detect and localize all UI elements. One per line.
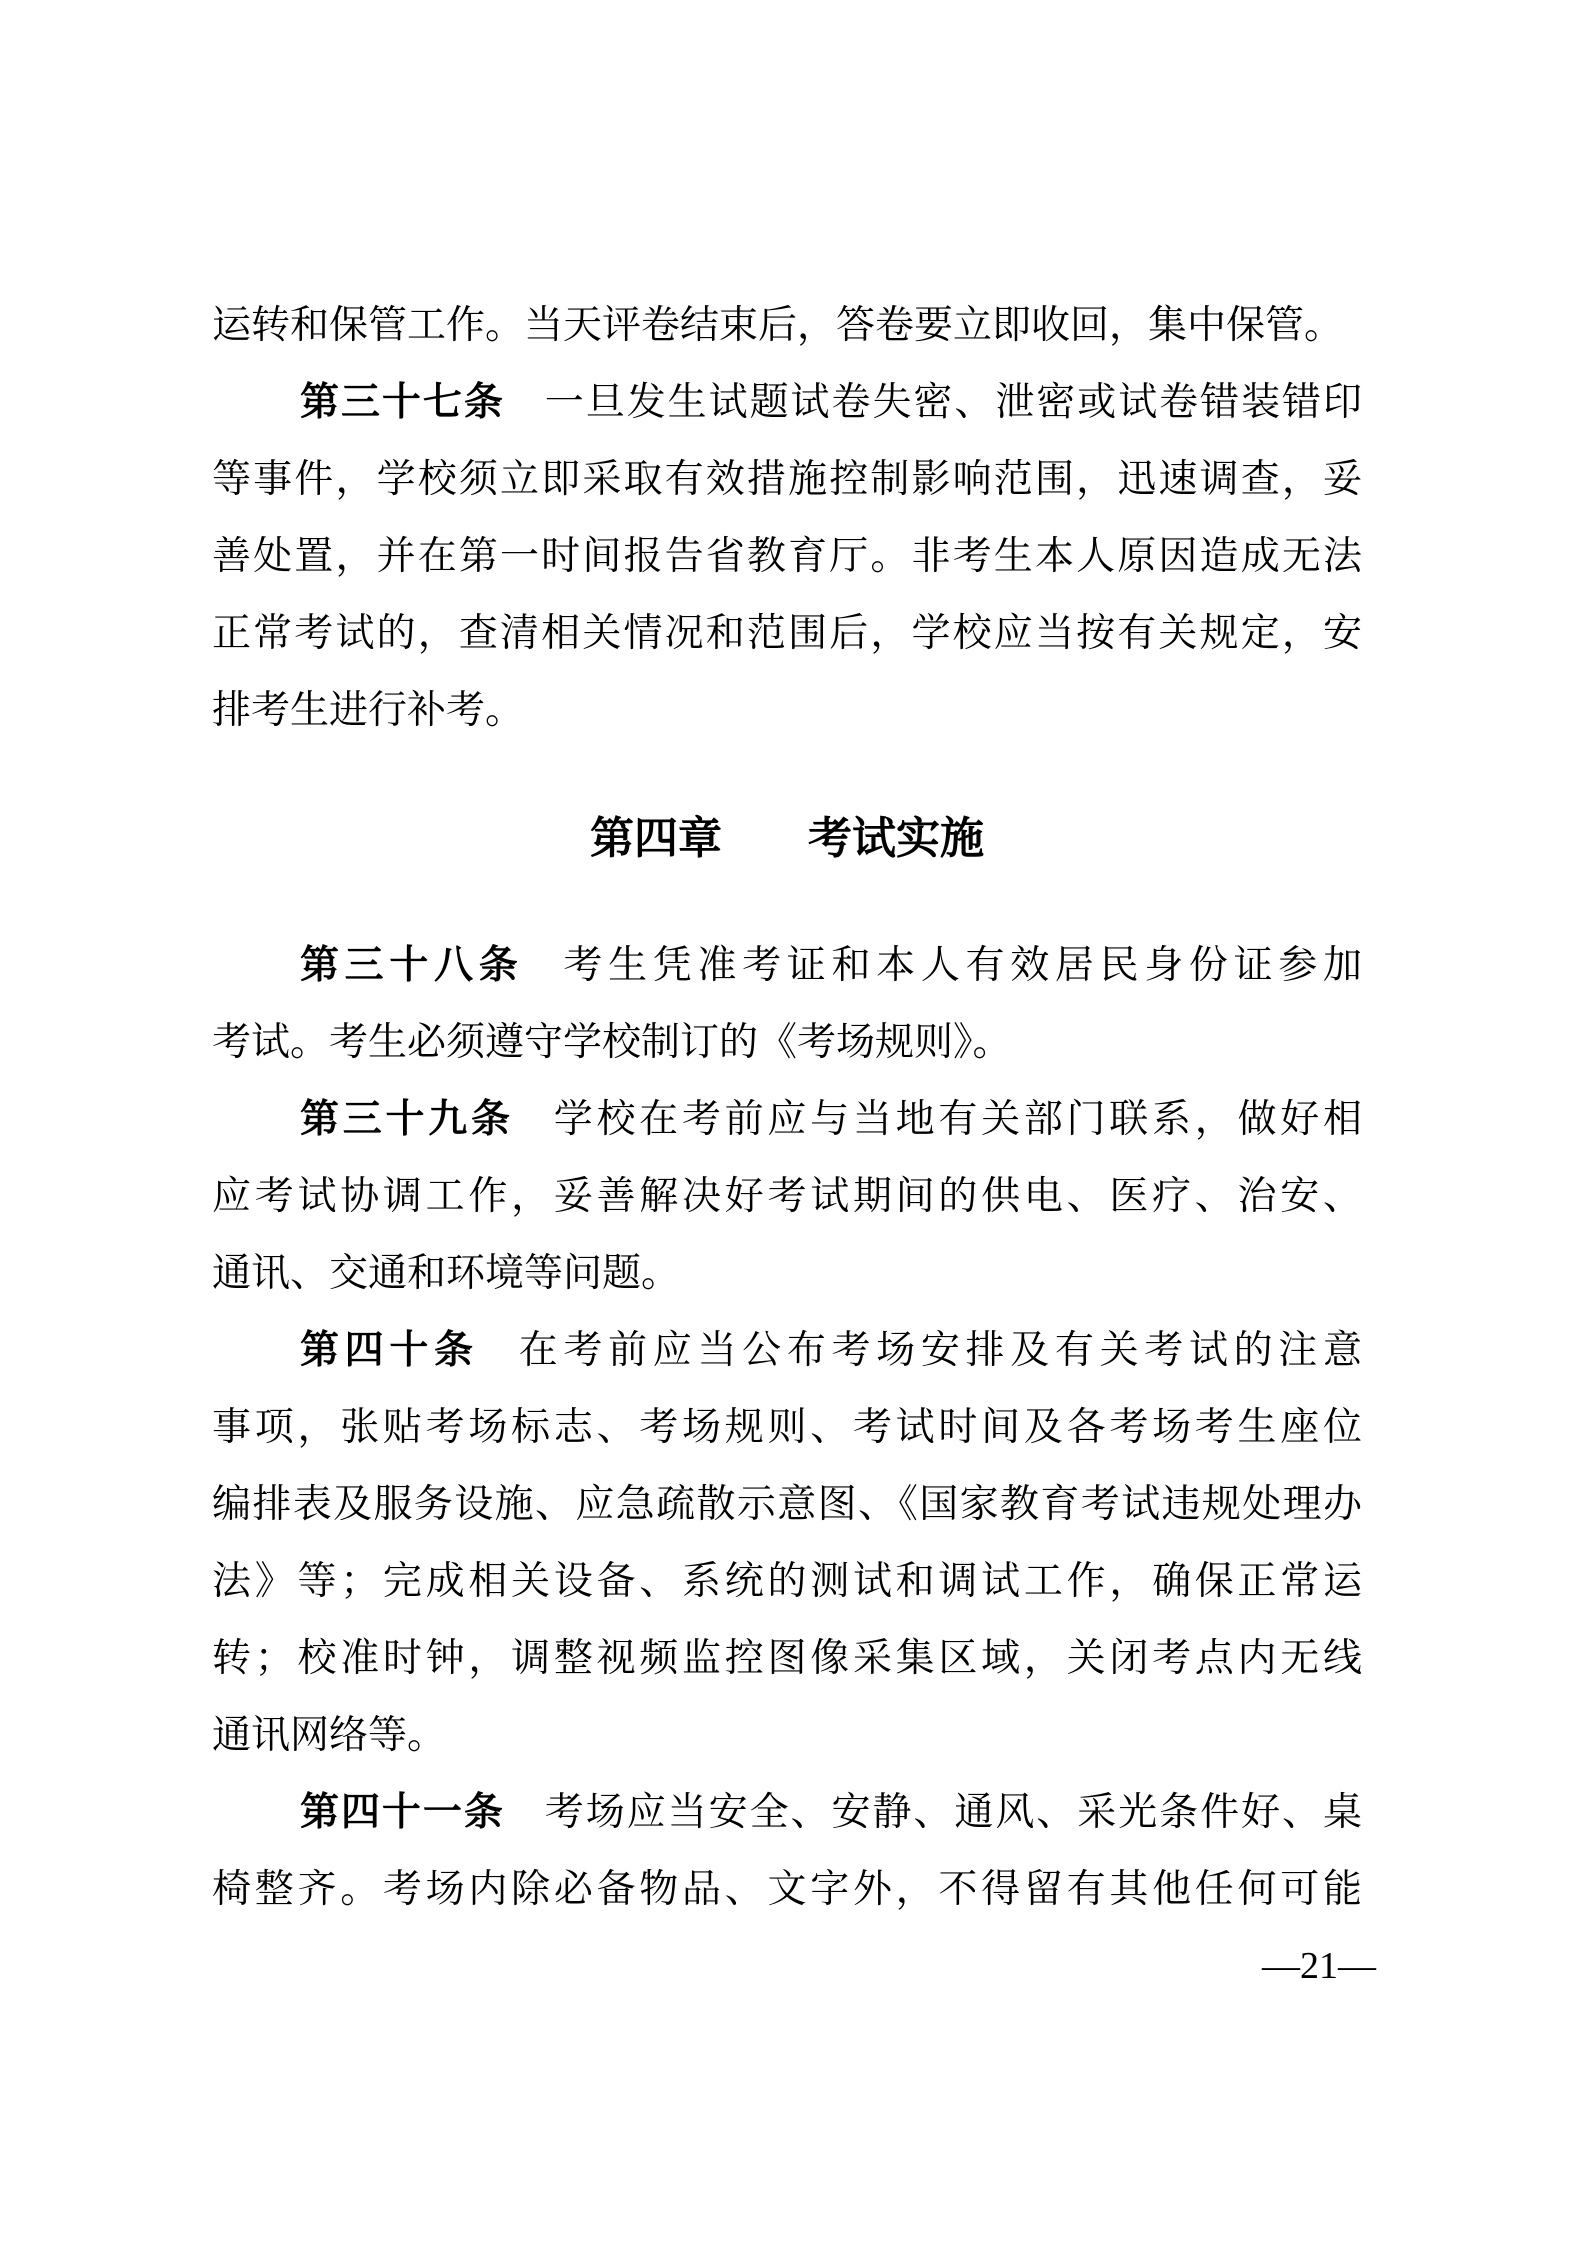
chapter-title: 考试实施 xyxy=(808,814,984,863)
line-text: 通讯、交通和环境等问题。 xyxy=(212,1252,680,1295)
line-text: 一旦发生试题试卷失密、泄密或试卷错装错印 xyxy=(545,381,1362,424)
text-line: 考试。考生必须遵守学校制订的《考场规则》。 xyxy=(212,1004,1362,1081)
article-number: 第三十七条 xyxy=(300,381,505,424)
document-body: 运转和保管工作。当天评卷结束后，答卷要立即收回，集中保管。 第三十七条一旦发生试… xyxy=(212,287,1362,1928)
line-text: 正常考试的，查清相关情况和范围后，学校应当按有关规定，安 xyxy=(212,612,1362,655)
article-number: 第三十八条 xyxy=(300,944,523,987)
line-text: 转；校准时钟，调整视频监控图像采集区域，关闭考点内无线 xyxy=(212,1637,1362,1680)
line-text: 在考前应当公布考场安排及有关考试的注意 xyxy=(519,1329,1362,1372)
line-text: 事项，张贴考场标志、考场规则、考试时间及各考场考生座位 xyxy=(212,1406,1362,1449)
text-line: 等事件，学校须立即采取有效措施控制影响范围，迅速调查，妥 xyxy=(212,441,1362,518)
chapter-heading: 第四章考试实施 xyxy=(212,800,1362,877)
text-line: 应考试协调工作，妥善解决好考试期间的供电、医疗、治安、 xyxy=(212,1158,1362,1235)
text-line: 编排表及服务设施、应急疏散示意图、《国家教育考试违规处理办 xyxy=(212,1466,1362,1543)
line-text: 排考生进行补考。 xyxy=(212,689,524,732)
text-line: 通讯网络等。 xyxy=(212,1697,1362,1774)
text-line: 善处置，并在第一时间报告省教育厅。非考生本人原因造成无法 xyxy=(212,518,1362,595)
line-text: 学校在考前应与当地有关部门联系，做好相 xyxy=(554,1098,1362,1141)
text-line: 第三十八条考生凭准考证和本人有效居民身份证参加 xyxy=(212,927,1362,1004)
text-line: 运转和保管工作。当天评卷结束后，答卷要立即收回，集中保管。 xyxy=(212,287,1362,364)
article-number: 第四十一条 xyxy=(300,1791,505,1834)
article-number: 第四十条 xyxy=(300,1329,479,1372)
line-text: 编排表及服务设施、应急疏散示意图、《国家教育考试违规处理办 xyxy=(212,1483,1362,1526)
line-text: 等事件，学校须立即采取有效措施控制影响范围，迅速调查，妥 xyxy=(212,458,1362,501)
line-text: 椅整齐。考场内除必备物品、文字外，不得留有其他任何可能 xyxy=(212,1868,1362,1911)
text-line: 第三十九条学校在考前应与当地有关部门联系，做好相 xyxy=(212,1081,1362,1158)
text-line: 事项，张贴考场标志、考场规则、考试时间及各考场考生座位 xyxy=(212,1389,1362,1466)
line-text: 考场应当安全、安静、通风、采光条件好、桌 xyxy=(545,1791,1362,1834)
line-text: 考试。考生必须遵守学校制订的《考场规则》。 xyxy=(212,1021,1012,1064)
line-text: 应考试协调工作，妥善解决好考试期间的供电、医疗、治安、 xyxy=(212,1175,1362,1218)
article-number: 第三十九条 xyxy=(300,1098,514,1141)
text-line: 法》等；完成相关设备、系统的测试和调试工作，确保正常运 xyxy=(212,1543,1362,1620)
text-line: 正常考试的，查清相关情况和范围后，学校应当按有关规定，安 xyxy=(212,595,1362,672)
line-text: 运转和保管工作。当天评卷结束后，答卷要立即收回，集中保管。 xyxy=(212,304,1343,347)
page-number: —21— xyxy=(1262,1942,1376,1990)
line-text: 考生凭准考证和本人有效居民身份证参加 xyxy=(563,944,1362,987)
text-line: 第四十一条考场应当安全、安静、通风、采光条件好、桌 xyxy=(212,1774,1362,1851)
line-text: 通讯网络等。 xyxy=(212,1714,446,1757)
line-text: 善处置，并在第一时间报告省教育厅。非考生本人原因造成无法 xyxy=(212,535,1362,578)
text-line: 转；校准时钟，调整视频监控图像采集区域，关闭考点内无线 xyxy=(212,1620,1362,1697)
chapter-number: 第四章 xyxy=(590,814,722,863)
text-line: 第三十七条一旦发生试题试卷失密、泄密或试卷错装错印 xyxy=(212,364,1362,441)
line-text: 法》等；完成相关设备、系统的测试和调试工作，确保正常运 xyxy=(212,1560,1362,1603)
text-line: 第四十条在考前应当公布考场安排及有关考试的注意 xyxy=(212,1312,1362,1389)
text-line: 椅整齐。考场内除必备物品、文字外，不得留有其他任何可能 xyxy=(212,1851,1362,1928)
text-line: 通讯、交通和环境等问题。 xyxy=(212,1235,1362,1312)
text-line: 排考生进行补考。 xyxy=(212,672,1362,749)
page: 运转和保管工作。当天评卷结束后，答卷要立即收回，集中保管。 第三十七条一旦发生试… xyxy=(0,0,1587,2245)
